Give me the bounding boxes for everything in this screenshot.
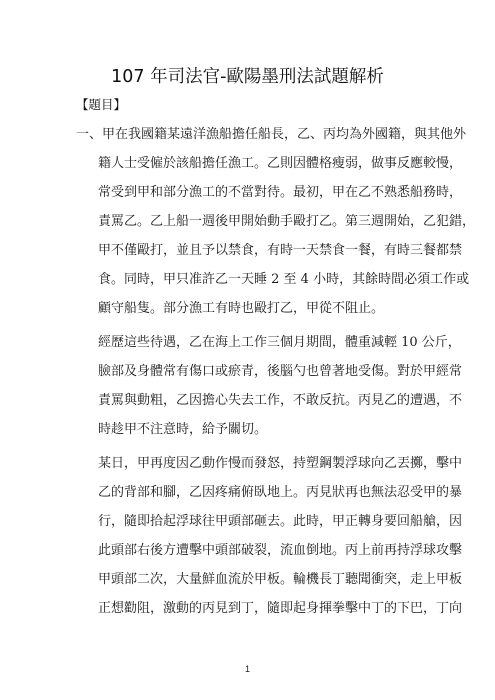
page-number: 1 xyxy=(0,664,495,674)
text-line: 經歷這些待遇，乙在海上工作三個月期間，體重減輕 10 公斤， xyxy=(98,334,422,352)
text-line: 籍人士受僱於該船擔任漁工。乙則因體格瘦弱，做事反應較慢， xyxy=(98,155,422,173)
text-line: 甲不僅毆打，並且予以禁食，有時一天禁食一餐，有時三餐都禁 xyxy=(98,242,422,260)
text-line: 甲頭部二次，大量鮮血流於甲板。輪機長丁聽聞衝突，走上甲板 xyxy=(98,571,422,589)
text-line: 行，隨即拾起浮球往甲頭部砸去。此時，甲正轉身要回船艙，因 xyxy=(98,513,422,531)
text-line: 此頭部右後方遭擊中頭部破裂，流血倒地。丙上前再持浮球攻擊 xyxy=(98,542,422,560)
text-line: 責罵與動粗，乙因擔心失去工作，不敢反抗。丙見乙的遭遇，不 xyxy=(98,392,422,410)
text-line: 常受到甲和部分漁工的不當對待。最初，甲在乙不熟悉船務時， xyxy=(98,184,422,202)
text-line: 一、甲在我國籍某遠洋漁船擔任船長，乙、丙均為外國籍，與其他外 xyxy=(76,126,422,144)
text-line: 正想勸阻，激動的丙見到丁，隨即起身揮拳擊中丁的下巴，丁向 xyxy=(98,600,422,618)
document-title: 107 年司法官-歐陽墨刑法試題解析 xyxy=(0,64,495,90)
text-line: 某日，甲再度因乙動作慢而發怒，持塑鋼製浮球向乙丟擲，擊中 xyxy=(98,455,422,473)
text-line: 責罵乙。乙上船一週後甲開始動手毆打乙。第三週開始，乙犯錯， xyxy=(98,213,422,231)
text-line: 乙的背部和腳，乙因疼痛俯臥地上。丙見狀再也無法忍受甲的暴 xyxy=(98,484,422,502)
document-page: 107 年司法官-歐陽墨刑法試題解析 【題目】 一、甲在我國籍某遠洋漁船擔任船長… xyxy=(0,0,495,700)
text-line: 顧守船隻。部分漁工有時也毆打乙，甲從不阻止。 xyxy=(98,300,422,318)
text-line: 臉部及身體常有傷口或瘀青，後腦勺也曾著地受傷。對於甲經常 xyxy=(98,363,422,381)
text-line: 時趁甲不注意時，給予關切。 xyxy=(98,421,422,439)
text-line: 食。同時，甲只准許乙一天睡 2 至 4 小時，其餘時間必須工作或 xyxy=(98,271,422,289)
section-label-question: 【題目】 xyxy=(76,95,126,115)
